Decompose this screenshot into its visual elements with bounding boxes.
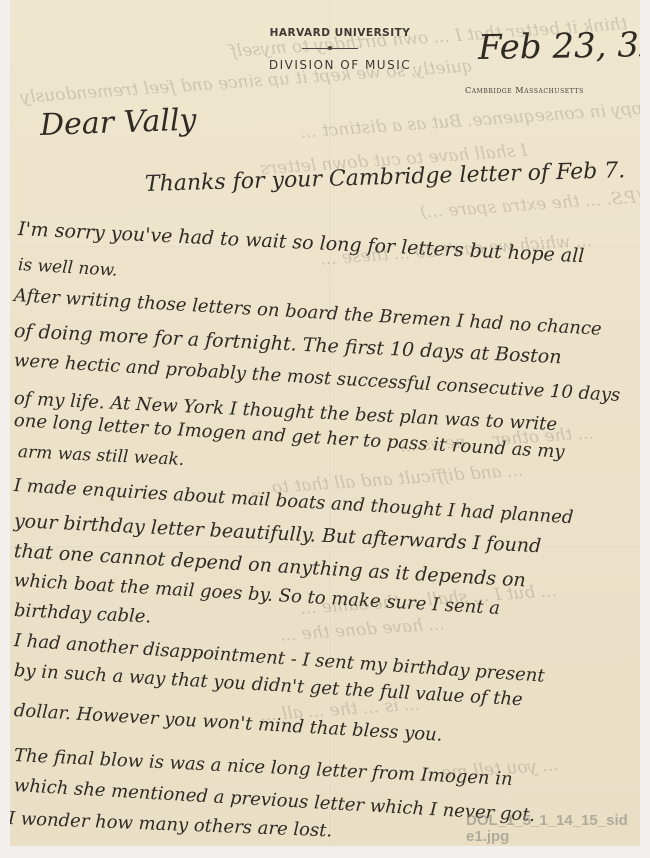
letter-line: I wonder how many others are lost. (10, 808, 333, 841)
bleed-through-line: (P.S. ... the extra spare ...) (420, 187, 640, 223)
filename-watermark: DOL_1_5_1_14_15_side1.jpg (466, 813, 636, 845)
letterhead-institution: HARVARD UNIVERSITY (260, 27, 420, 39)
letterhead-division: DIVISION OF MUSIC (255, 58, 425, 72)
letter-line: arm was still weak. (18, 442, 185, 470)
letterhead-location: Cambridge Massachusetts (465, 86, 640, 95)
letter-line: is well now. (17, 255, 118, 281)
letter-line: birthday cable. (13, 600, 151, 628)
letter-line: dollar. However you won't mind that bles… (13, 700, 443, 746)
salutation: Dear Vally (39, 103, 197, 143)
bleed-through-line: happy in consequence. But as a distinct … (300, 97, 640, 142)
letter-date: Feb 23, 32 (478, 25, 640, 68)
letterhead-ornament (328, 46, 332, 50)
bleed-through-line: ... have done the ... (280, 614, 446, 645)
letter-page: think it better that I ... own birthday … (10, 0, 640, 846)
letter-line: Thanks for your Cambridge letter of Feb … (145, 158, 626, 197)
